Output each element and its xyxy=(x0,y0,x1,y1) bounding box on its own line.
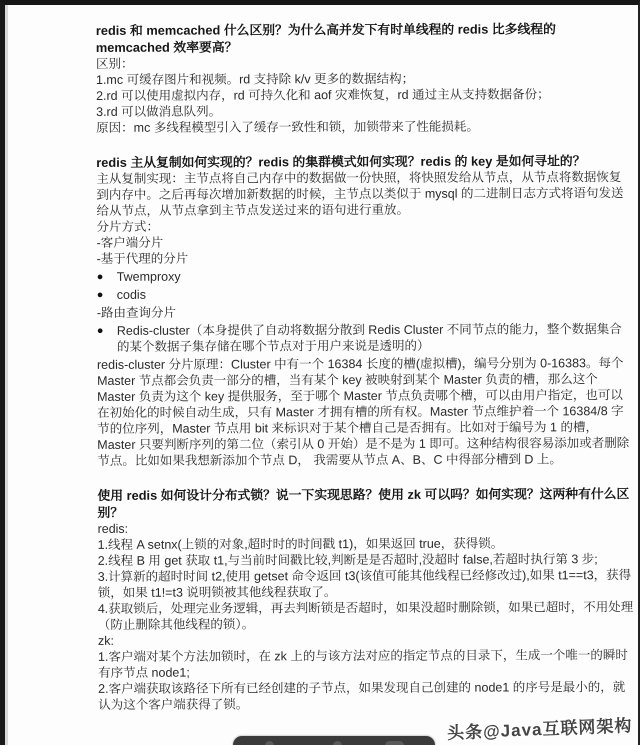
answer-line: 1.线程 A setnx(上锁的对象,超时时的时间戳 t1)，如果返回 true… xyxy=(98,535,635,553)
list-item-label: Twemproxy xyxy=(117,267,634,285)
answer-line: 1.mc 可缓存图片和视频。rd 支持除 k/v 更多的数据结构； xyxy=(96,70,633,88)
list-item-label: codis xyxy=(117,285,634,303)
document-photo: redis 和 memcached 什么区别？为什么高并发下有时单线程的 red… xyxy=(0,0,640,745)
answer-line: redis: xyxy=(98,519,635,537)
bullet-icon: ● xyxy=(97,323,117,339)
answer-line: 3.rd 可以做消息队列。 xyxy=(96,102,633,120)
answer-line: 1.客户端对某个方法加锁时，在 zk 上的与该方法对应的指定节点的目录下，生成一… xyxy=(98,647,635,681)
bullet-icon: ● xyxy=(97,287,117,303)
toolbar-button-icon[interactable] xyxy=(385,741,404,745)
answer-line: 区别： xyxy=(96,54,633,72)
bottom-toolbar[interactable] xyxy=(233,736,435,745)
section-distributed-lock: 使用 redis 如何设计分布式锁？说一下实现思路？使用 zk 可以吗？如何实现… xyxy=(97,485,635,713)
list-item: ● codis xyxy=(97,285,634,303)
list-item-label: Redis-cluster（本身提供了自动将数据分散到 Redis Cluste… xyxy=(117,321,634,355)
document-content: redis 和 memcached 什么区别？为什么高并发下有时单线程的 red… xyxy=(96,20,635,713)
answer-line: 2.客户端获取该路径下所有已经创建的子节点，如果发现自己创建的 node1 的序… xyxy=(98,679,635,713)
answer-line: 主从复制实现：主节点将自己内存中的数据做一份快照，将快照发给从节点，从节点将数据… xyxy=(96,169,633,219)
section-redis-vs-memcached: redis 和 memcached 什么区别？为什么高并发下有时单线程的 red… xyxy=(96,20,633,136)
list-item: ● Redis-cluster（本身提供了自动将数据分散到 Redis Clus… xyxy=(97,321,634,355)
answer-line: 4.获取锁后，处理完业务逻辑，再去判断锁是否超时，如果没超时删除锁，如果已超时，… xyxy=(98,599,635,633)
answer-line: 2.线程 B 用 get 获取 t1,与当前时间戳比较,判断是是否超时,没超时 … xyxy=(98,551,635,569)
toolbar-button-icon[interactable] xyxy=(265,741,274,745)
toolbar-button-icon[interactable] xyxy=(333,741,342,745)
answer-line: 2.rd 可以使用虚拟内存，rd 可持久化和 aof 灾难恢复，rd 通过主从支… xyxy=(96,86,633,104)
question-title: redis 主从复制如何实现的？redis 的集群模式如何实现？redis 的 … xyxy=(96,152,633,171)
bullet-icon: ● xyxy=(97,269,117,285)
list-item: ● Twemproxy xyxy=(97,267,634,285)
answer-line: -客户端分片 xyxy=(97,233,634,251)
section-redis-replication-cluster: redis 主从复制如何实现的？redis 的集群模式如何实现？redis 的 … xyxy=(96,152,634,469)
answer-line: zk: xyxy=(98,631,635,649)
answer-line: -路由查询分片 xyxy=(97,303,634,321)
answer-line: -基于代理的分片 xyxy=(97,249,634,267)
answer-line: redis-cluster 分片原理：Cluster 中有一个 16384 长度… xyxy=(97,355,634,469)
answer-line: 3.计算新的超时时间 t2,使用 getset 命令返回 t3(该值可能其他线程… xyxy=(98,567,635,601)
watermark: 头条@Java互联网架构 xyxy=(446,711,632,744)
answer-line: 分片方式： xyxy=(96,217,633,235)
question-title: 使用 redis 如何设计分布式锁？说一下实现思路？使用 zk 可以吗？如何实现… xyxy=(97,485,634,521)
answer-line: 原因：mc 多线程模型引入了缓存一致性和锁，加锁带来了性能损耗。 xyxy=(96,118,633,136)
question-title: redis 和 memcached 什么区别？为什么高并发下有时单线程的 red… xyxy=(96,20,633,56)
